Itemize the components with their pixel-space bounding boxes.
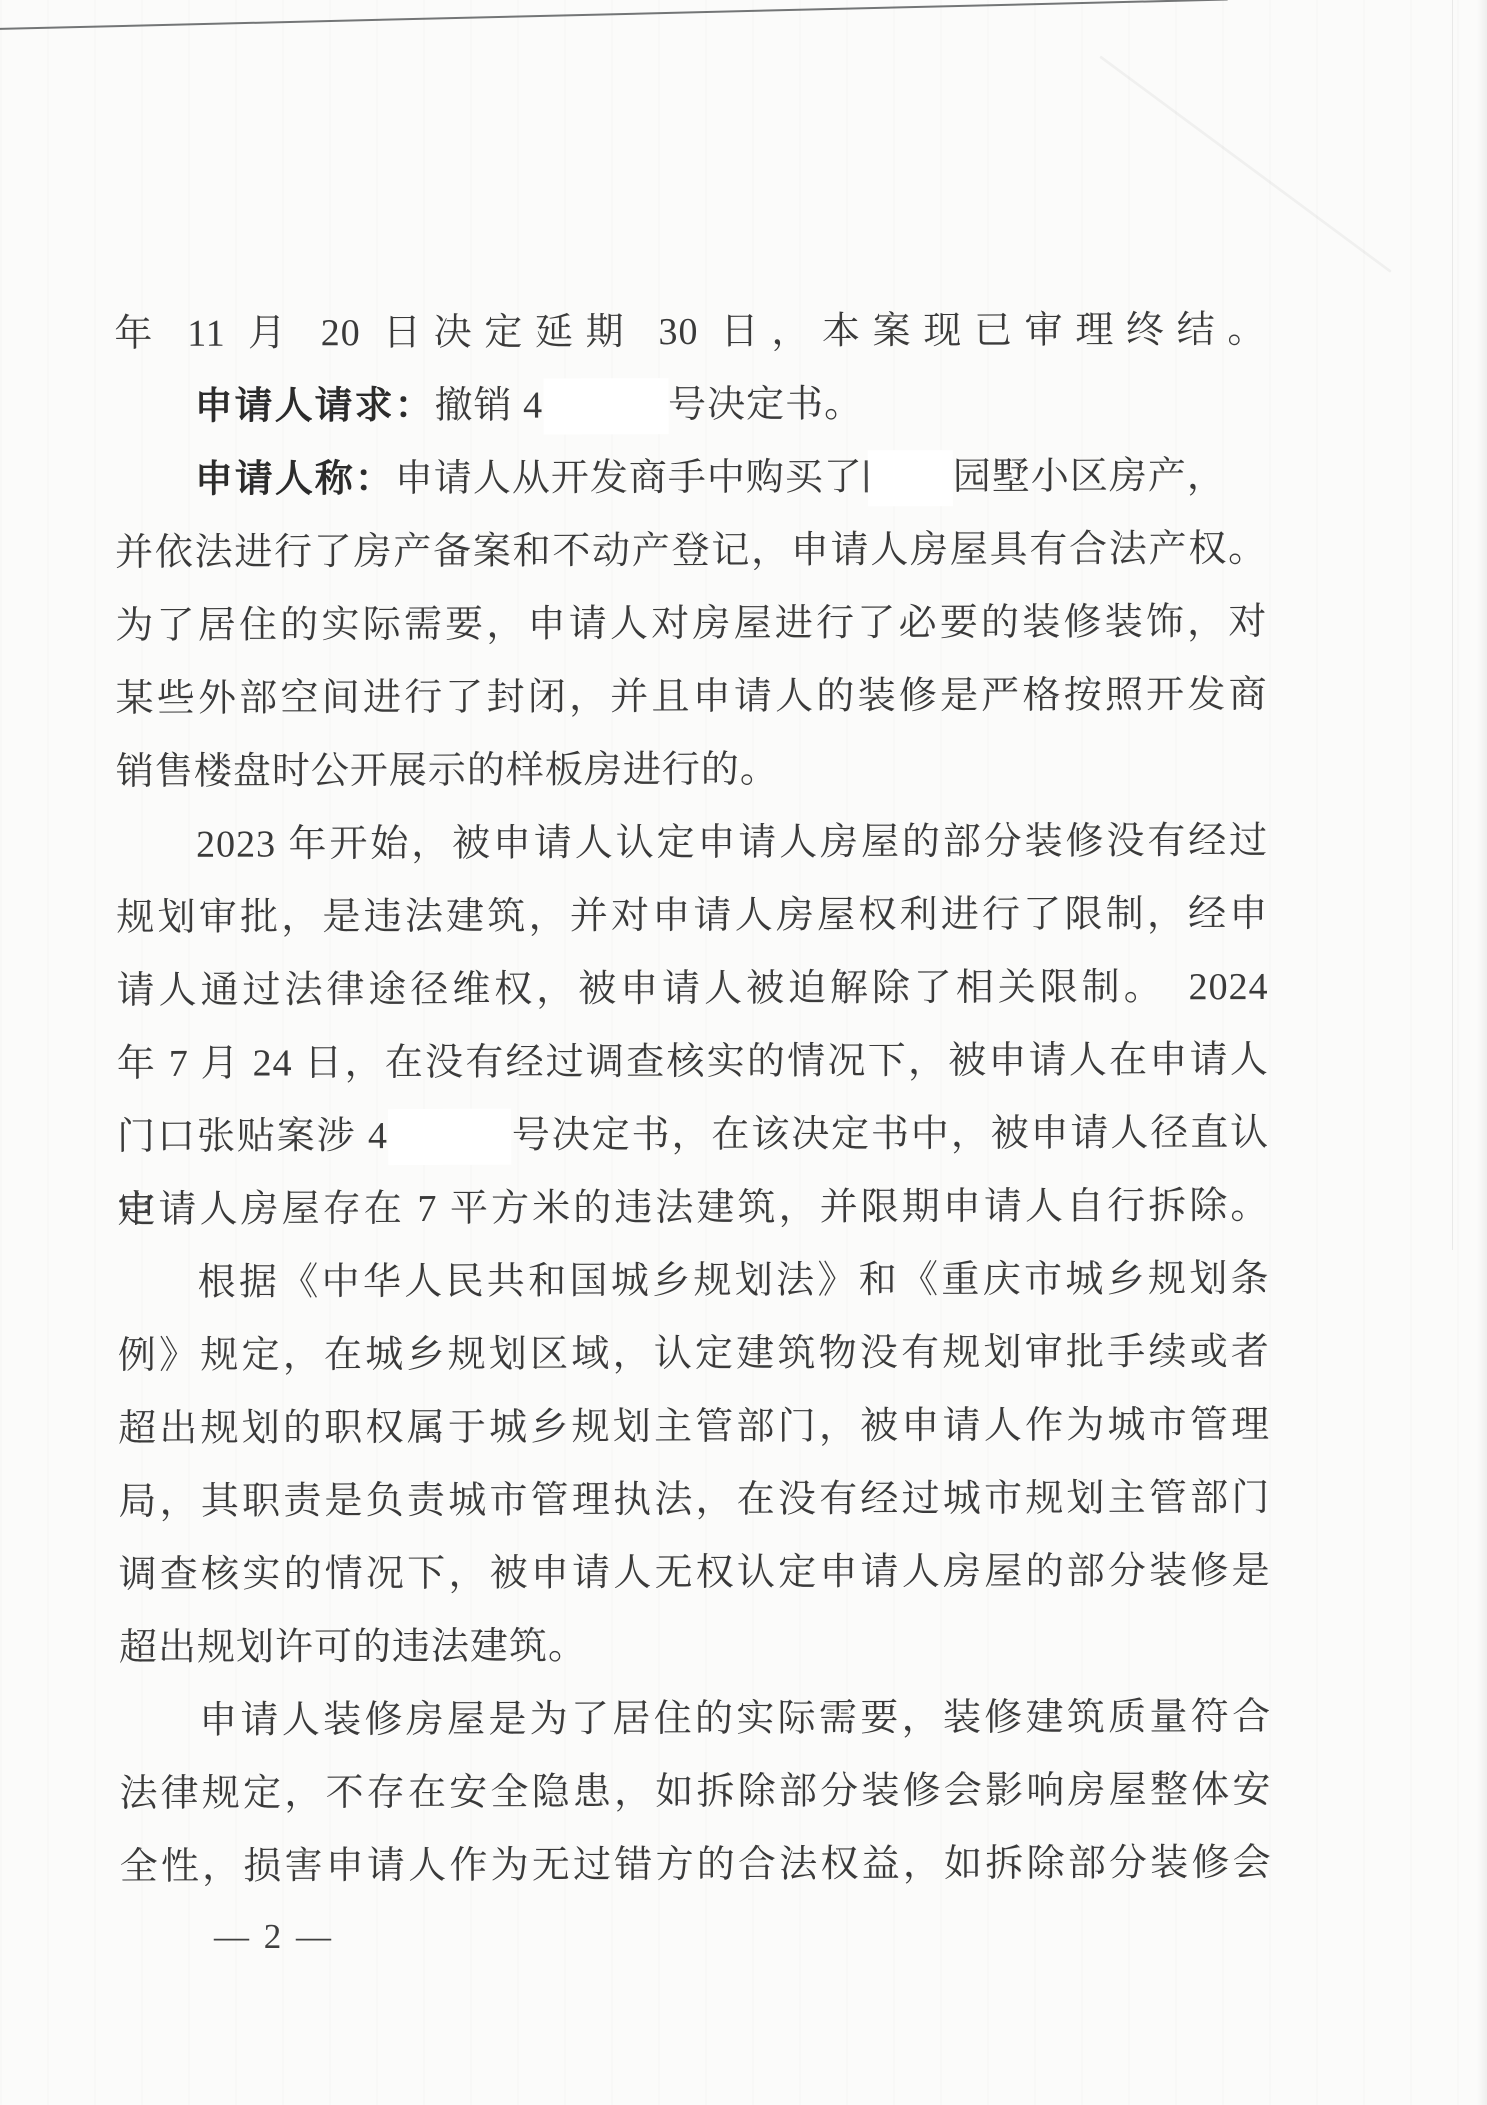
text-segment: 超出规划的职权属于城乡规划主管部门，被申请人作为城市管理 — [118, 1404, 1270, 1450]
scan-streak-line — [1452, 0, 1453, 1250]
text-line: 调查核实的情况下，被申请人无权认定申请人房屋的部分装修是 — [119, 1535, 1271, 1612]
text-segment: 为了居住的实际需要，申请人对房屋进行了必要的装修装饰，对 — [115, 601, 1267, 647]
text-segment: 申请人装修房屋是为了居住的实际需要，装修建筑质量符合 — [199, 1696, 1271, 1742]
text-line: 年 7 月 24 日，在没有经过调查核实的情况下，被申请人在申请人 — [117, 1024, 1269, 1101]
scanned-document-page: { "document": { "page_number": "— 2 —", … — [0, 0, 1487, 2105]
text-segment: 销售楼盘时公开展示的样板房进行的。 — [116, 749, 779, 793]
text-segment: 法律规定，不存在安全隐患，如拆除部分装修会影响房屋整体安 — [119, 1769, 1271, 1815]
text-segment: 并依法进行了房产备案和不动产登记，申请人房屋具有合法产权。 — [115, 528, 1267, 574]
text-line: 规划审批，是违法建筑，并对申请人房屋权利进行了限制，经申 — [116, 878, 1268, 955]
text-segment: 申请人房屋存在 7 平方米的违法建筑，并限期申请人自行拆除。 — [117, 1185, 1269, 1231]
text-line: 超出规划的职权属于城乡规划主管部门，被申请人作为城市管理 — [118, 1389, 1270, 1466]
bold-label: 申请人称： — [195, 458, 395, 501]
text-line: 例》规定，在城乡规划区域，认定建筑物没有规划审批手续或者 — [118, 1316, 1270, 1393]
text-segment: 园墅小区房产， — [953, 455, 1226, 498]
text-line: 超出规划许可的违法建筑。 — [119, 1608, 1271, 1685]
text-line: 2023 年开始，被申请人认定申请人房屋的部分装修没有经过 — [116, 805, 1268, 882]
text-segment: 2023 年开始，被申请人认定申请人房屋的部分装修没有经过 — [196, 820, 1268, 866]
text-segment: 规划审批，是违法建筑，并对申请人房屋权利进行了限制，经申 — [116, 893, 1268, 939]
text-segment: 例》规定，在城乡规划区域，认定建筑物没有规划审批手续或者 — [118, 1331, 1270, 1377]
text-segment: 局，其职责是负责城市管理执法，在没有经过城市规划主管部门 — [118, 1477, 1270, 1523]
text-segment: 全性，损害申请人作为无过错方的合法权益，如拆除部分装修会 — [120, 1842, 1272, 1888]
text-segment: 调查核实的情况下，被申请人无权认定申请人房屋的部分装修是 — [119, 1550, 1271, 1596]
redaction-box — [543, 378, 668, 434]
document-body: 年 11 月 20 日决定延期 30 日，本案现已审理终结。申请人请求：撤销 4… — [114, 294, 1272, 1904]
text-line: 某些外部空间进行了封闭，并且申请人的装修是严格按照开发商 — [115, 659, 1267, 736]
text-line: 请人通过法律途径维权，被申请人被迫解除了相关限制。 2024 — [116, 951, 1268, 1028]
text-segment: 号决定书。 — [668, 383, 863, 426]
text-line: 根据《中华人民共和国城乡规划法》和《重庆市城乡规划条 — [118, 1243, 1270, 1320]
text-line: 为了居住的实际需要，申请人对房屋进行了必要的装修装饰，对 — [115, 586, 1267, 663]
text-segment: 根据《中华人民共和国城乡规划法》和《重庆市城乡规划条 — [198, 1258, 1270, 1304]
text-line: 申请人房屋存在 7 平方米的违法建筑，并限期申请人自行拆除。 — [117, 1170, 1269, 1247]
redaction-box — [388, 1109, 511, 1165]
text-segment: 年 11 月 20 日决定延期 30 日，本案现已审理终结。 — [114, 309, 1266, 355]
bold-label: 申请人请求： — [195, 385, 435, 428]
text-segment: 某些外部空间进行了封闭，并且申请人的装修是严格按照开发商 — [116, 674, 1268, 720]
text-segment: 年 7 月 24 日，在没有经过调查核实的情况下，被申请人在申请人 — [117, 1039, 1269, 1085]
text-line: 并依法进行了房产备案和不动产登记，申请人房屋具有合法产权。 — [115, 513, 1267, 590]
text-line: 门口张贴案涉 4号决定书，在该决定书中，被申请人径直认定 — [117, 1097, 1269, 1174]
text-line: 年 11 月 20 日决定延期 30 日，本案现已审理终结。 — [114, 294, 1266, 371]
text-segment: 请人通过法律途径维权，被申请人被迫解除了相关限制。 2024 — [117, 966, 1269, 1012]
text-line: 局，其职责是负责城市管理执法，在没有经过城市规划主管部门 — [118, 1462, 1270, 1539]
redaction-box — [868, 450, 953, 506]
text-segment: 撤销 4 — [435, 385, 544, 427]
text-segment: 门口张贴案涉 4 — [117, 1115, 388, 1158]
page-number: — 2 — — [206, 1912, 342, 1962]
text-line: 申请人称：申请人从开发商手中购买了园墅小区房产， — [115, 440, 1267, 517]
text-line: 申请人装修房屋是为了居住的实际需要，装修建筑质量符合 — [119, 1681, 1271, 1758]
text-line: 法律规定，不存在安全隐患，如拆除部分装修会影响房屋整体安 — [119, 1754, 1271, 1831]
text-segment: 超出规划许可的违法建筑。 — [119, 1625, 587, 1669]
text-line: 销售楼盘时公开展示的样板房进行的。 — [116, 732, 1268, 809]
text-line: 申请人请求：撤销 4号决定书。 — [114, 367, 1266, 444]
text-line: 全性，损害申请人作为无过错方的合法权益，如拆除部分装修会 — [120, 1827, 1272, 1904]
text-segment: 申请人从开发商手中购买了 — [395, 456, 863, 500]
page-edge-shadow — [1477, 0, 1487, 2105]
